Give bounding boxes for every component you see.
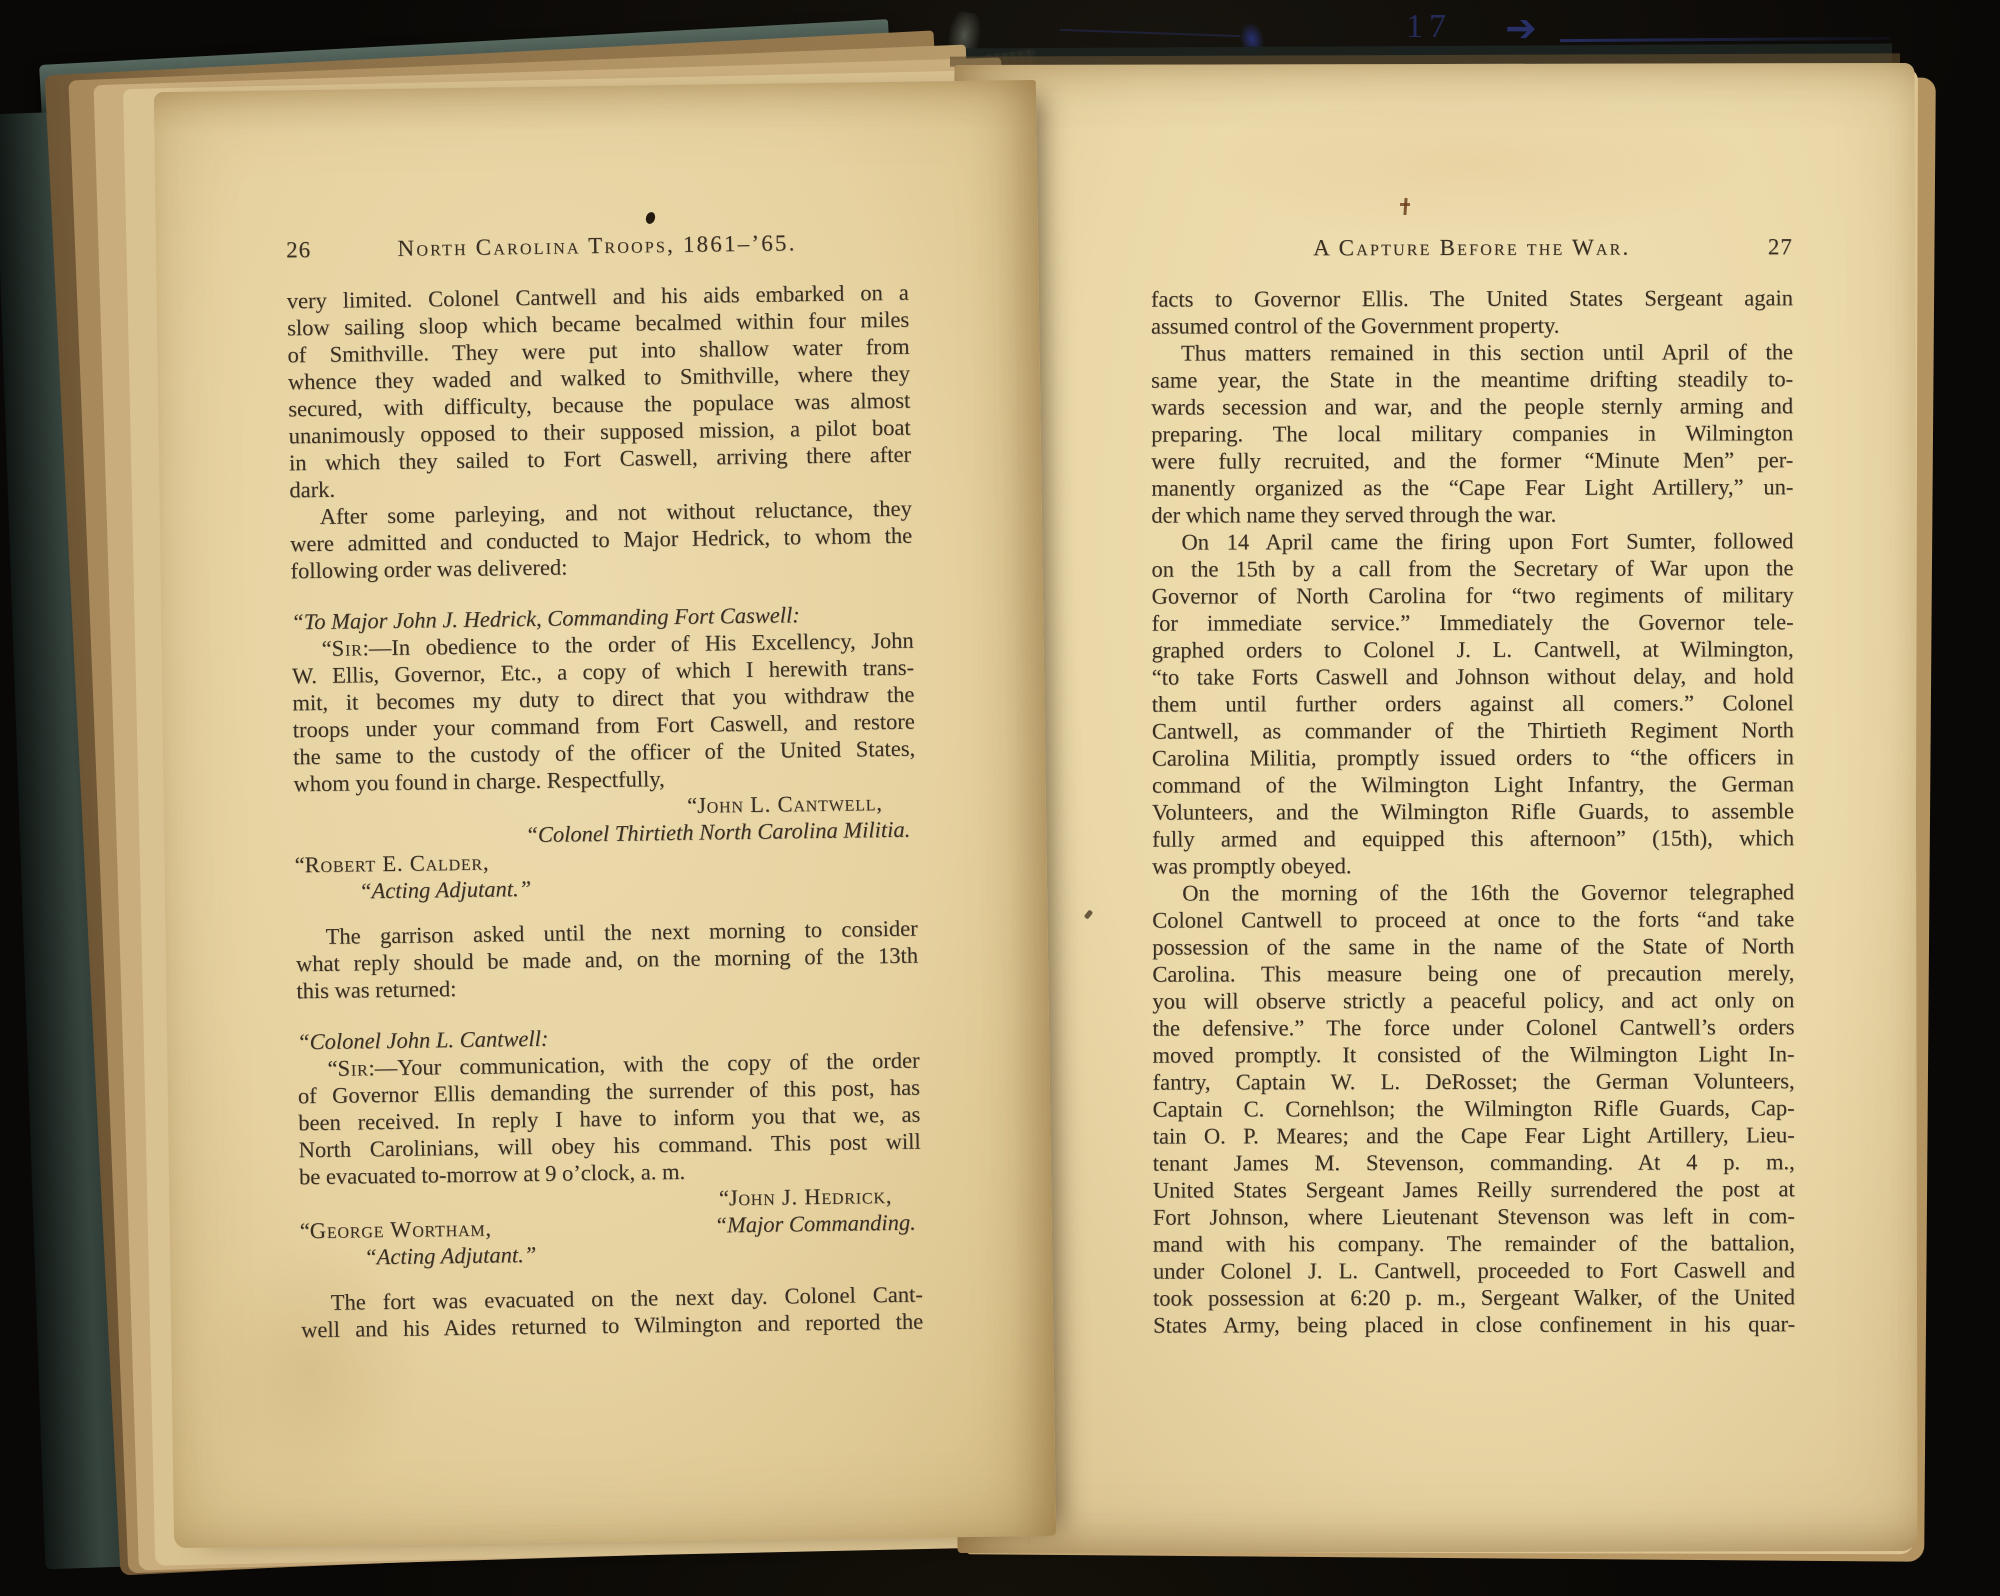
text-line: Carolina. This measure being one of prec… <box>1152 959 1794 987</box>
right-page-content: A Capture Before the War. 27 facts to Go… <box>1151 233 1795 1338</box>
text-line: them until further orders against all co… <box>1152 689 1794 717</box>
left-page-body: very limited. Colonel Cantwell and his a… <box>287 279 924 1344</box>
text-line: States Army, being placed in close confi… <box>1153 1310 1795 1338</box>
text-line: Thus matters remained in this section un… <box>1151 338 1793 366</box>
right-page-header: A Capture Before the War. 27 <box>1151 233 1793 261</box>
book-photo: 17 ➔ A Capture Before the War. 27 facts … <box>0 0 2000 1596</box>
paper-stain <box>1194 83 1754 244</box>
right-page: A Capture Before the War. 27 facts to Go… <box>954 63 1917 1553</box>
text-line: fully armed and equipped this afternoon”… <box>1152 824 1794 852</box>
text-line: possession of the same in the name of th… <box>1152 932 1794 960</box>
text-line: On 14 April came the firing upon Fort Su… <box>1151 527 1793 555</box>
text-line: Fort Johnson, where Lieutenant Stevenson… <box>1153 1202 1795 1230</box>
text-line: under Colonel J. L. Cantwell, proceeded … <box>1153 1256 1795 1284</box>
left-page-content: 26 North Carolina Troops, 1861–’65. very… <box>286 228 923 1344</box>
text-line: Carolina Militia, promptly issued orders… <box>1152 743 1794 771</box>
text-line: facts to Governor Ellis. The United Stat… <box>1151 284 1793 312</box>
text-line: Colonel Cantwell to proceed at once to t… <box>1152 905 1794 933</box>
text-line: was promptly obeyed. <box>1152 851 1794 879</box>
running-title: A Capture Before the War. <box>1223 233 1721 261</box>
header-spacer <box>836 249 908 250</box>
left-page: 26 North Carolina Troops, 1861–’65. very… <box>154 80 1056 1548</box>
text-line: for immediate service.” Immediately the … <box>1152 608 1794 636</box>
text-line: were fully recruited, and the former “Mi… <box>1151 446 1793 474</box>
text-line: same year, the State in the meantime dri… <box>1151 365 1793 393</box>
page-number: 26 <box>286 235 358 263</box>
text-line: you will observe strictly a peaceful pol… <box>1152 986 1794 1014</box>
text-line: Captain C. Cornehlson; the Wilmington Ri… <box>1153 1094 1795 1122</box>
text-line: graphed orders to Colonel J. L. Cantwell… <box>1152 635 1794 663</box>
text-line: on the 15th by a call from the Secretary… <box>1151 554 1793 582</box>
text-line: On the morning of the 16th the Governor … <box>1152 878 1794 906</box>
ink-speck <box>1400 203 1410 206</box>
text-line: Governor of North Carolina for “two regi… <box>1152 581 1794 609</box>
text-line: United States Sergeant James Reilly surr… <box>1153 1175 1795 1203</box>
text-line: moved promptly. It consisted of the Wilm… <box>1152 1040 1794 1068</box>
text-line: fantry, Captain W. L. DeRosset; the Germ… <box>1153 1067 1795 1095</box>
text-line: tain O. P. Meares; and the Cape Fear Lig… <box>1153 1121 1795 1149</box>
blue-ink-number: 17 <box>1406 8 1452 46</box>
left-page-header: 26 North Carolina Troops, 1861–’65. <box>286 228 908 264</box>
page-number: 27 <box>1721 233 1793 260</box>
text-line: der which name they served through the w… <box>1151 500 1793 528</box>
text-line: Volunteers, and the Wilmington Rifle Gua… <box>1152 797 1794 825</box>
running-title: North Carolina Troops, 1861–’65. <box>358 229 836 263</box>
text-line: the defensive.” The force under Colonel … <box>1152 1013 1794 1041</box>
text-line: command of the Wilmington Light Infantry… <box>1152 770 1794 798</box>
signature-left: “George Wortham, <box>300 1215 492 1245</box>
text-line: wards secession and war, and the people … <box>1151 392 1793 420</box>
signature-right: “Major Commanding. <box>714 1209 916 1239</box>
text-line: mand with his company. The remainder of … <box>1153 1229 1795 1257</box>
text-line: assumed control of the Government proper… <box>1151 311 1793 339</box>
text-line: Cantwell, as commander of the Thirtieth … <box>1152 716 1794 744</box>
text-line: preparing. The local military companies … <box>1151 419 1793 447</box>
right-page-body: facts to Governor Ellis. The United Stat… <box>1151 284 1795 1338</box>
text-line: manently organized as the “Cape Fear Lig… <box>1151 473 1793 501</box>
text-line: tenant James M. Stevenson, commanding. A… <box>1153 1148 1795 1176</box>
blue-ink-arrow-icon: ➔ <box>1505 6 1537 51</box>
text-line: “to take Forts Caswell and Johnson witho… <box>1152 662 1794 690</box>
text-line: took possession at 6:20 p. m., Sergeant … <box>1153 1283 1795 1311</box>
